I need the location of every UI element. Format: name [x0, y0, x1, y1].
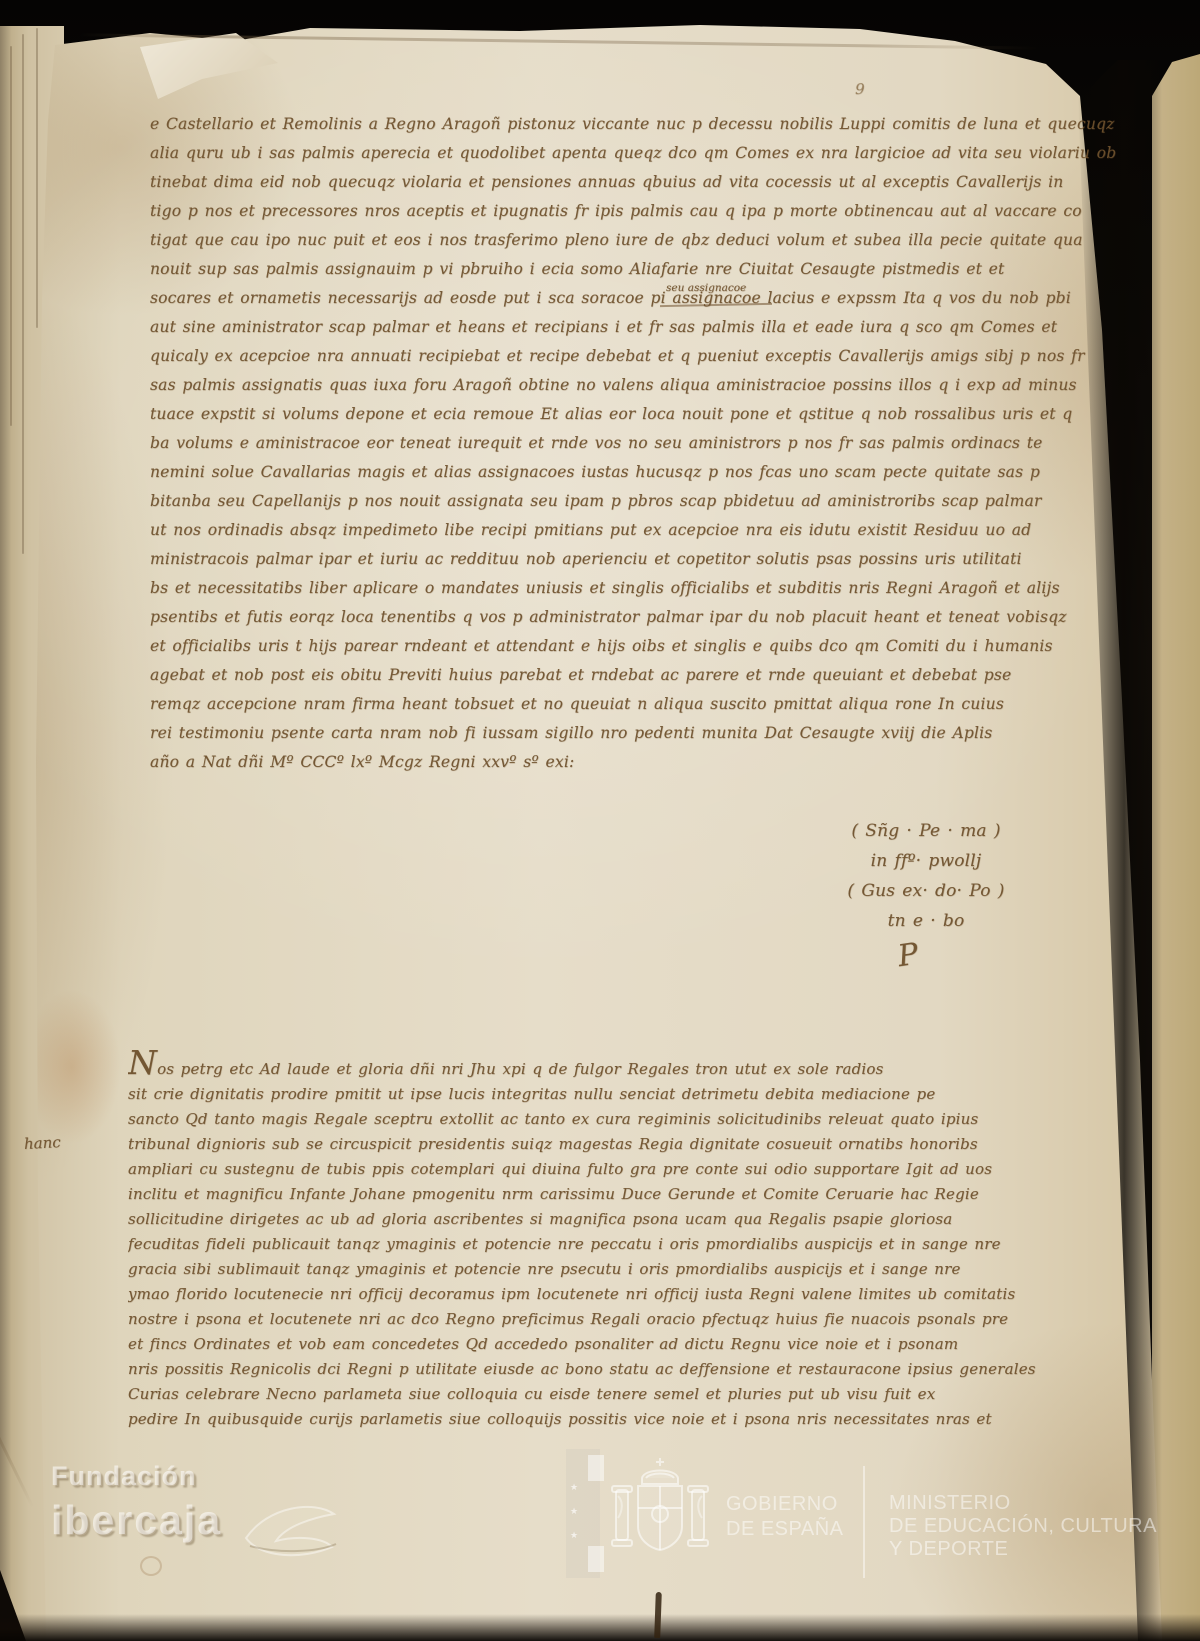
flag-block	[588, 1546, 604, 1572]
manuscript-text-line: rei testimoniu psente carta nram nob fi …	[150, 719, 1154, 748]
manuscript-text-line: pedire In quibusquide curijs parlametis …	[128, 1407, 1044, 1432]
gobierno-line2: DE ESPAÑA	[726, 1517, 844, 1542]
photographed-manuscript-stage: 9 e Castellario et Remolinis a Regno Ara…	[0, 0, 1200, 1641]
manuscript-text-line: tigo p nos et precessores nros aceptis e…	[150, 197, 1154, 226]
star-icon: ★	[570, 1531, 578, 1541]
manuscript-text-line: alia quru ub i sas palmis aperecia et qu…	[150, 139, 1154, 168]
star-icon: ★	[570, 1483, 578, 1493]
manuscript-text-line: sancto Qd tanto magis Regale sceptru ext…	[128, 1107, 1044, 1132]
manuscript-text-line: agebat et nob post eis obitu Previti hui…	[150, 661, 1154, 690]
flag-block	[588, 1455, 604, 1481]
ministerio-line3: Y DEPORTE	[889, 1538, 1157, 1561]
manuscript-text-line: año a Nat dñi Mº CCCº lxº Mcgz Regni xxv…	[150, 748, 1154, 777]
manuscript-text-line: inclitu et magnificu Infante Johane pmog…	[128, 1182, 1044, 1207]
manuscript-text-line: ministracois palmar ipar et iuriu ac red…	[150, 545, 1154, 574]
manuscript-text-line: bitanba seu Capellanijs p nos nouit assi…	[150, 487, 1154, 516]
ibercaja-watermark-text: ibercaja	[52, 1498, 223, 1545]
manuscript-text-line: fecuditas fideli publicauit tanqz ymagin…	[128, 1232, 1044, 1257]
manuscript-text-line: remqz accepcione nram firma heant tobsue…	[150, 690, 1154, 719]
manuscript-text-line: tinebat dima eid nob quecuqz violaria et…	[150, 168, 1154, 197]
manuscript-text-line: tuace expstit si volums depone et ecia r…	[150, 400, 1154, 429]
star-icon: ★	[570, 1507, 578, 1517]
manuscript-text-line: sit crie dignitatis prodire pmitit ut ip…	[128, 1082, 1044, 1107]
manuscript-text-line: ( Gus ex· do· Po )	[826, 876, 1026, 906]
ministerio-line1: MINISTERIO	[889, 1492, 1157, 1515]
manuscript-text-line: ut nos ordinadis absqz impedimeto libe r…	[150, 516, 1154, 545]
fundacion-watermark-text: Fundación	[52, 1462, 198, 1493]
manuscript-text-line: bs et necessitatibs liber aplicare o man…	[150, 574, 1154, 603]
manuscript-text-line: nostre i psona et locutenete nri ac dco …	[128, 1307, 1044, 1332]
margin-note: hanc	[24, 1133, 62, 1153]
manuscript-text-line: et officialibs uris t hijs parear rndean…	[150, 632, 1154, 661]
ministerio-line2: DE EDUCACIÓN, CULTURA	[889, 1515, 1157, 1538]
manuscript-text-line: Curias celebrare Necno parlameta siue co…	[128, 1382, 1044, 1407]
ring-stain	[140, 1556, 162, 1576]
manuscript-text-line: nouit sup sas palmis assignauim p vi pbr…	[150, 255, 1154, 284]
manuscript-text-line: ymao florido locutenecie nri officij dec…	[128, 1282, 1044, 1307]
manuscript-text-line: sas palmis assignatis quas iuxa foru Ara…	[150, 371, 1154, 400]
text-block-2: Nos petrg etc Ad laude et gloria dñi nri…	[128, 1050, 1044, 1454]
manuscript-text-line: nris possitis Regnicolis dci Regni p uti…	[128, 1357, 1044, 1382]
manuscript-text-line: ( Sñg · Pe · ma )	[826, 816, 1026, 846]
manuscript-text-line: aut sine aministrator scap palmar et hea…	[150, 313, 1154, 342]
manuscript-text-line: et fincs Ordinates et vob eam concedetes…	[128, 1332, 1044, 1357]
manuscript-text-line: socares et ornametis necessarijs ad eosd…	[150, 284, 1154, 313]
gobierno-watermark-text: GOBIERNO DE ESPAÑA	[726, 1492, 844, 1542]
manuscript-text-line: e Castellario et Remolinis a Regno Arago…	[150, 110, 1154, 139]
spain-flag-banner-icon: ★ ★ ★	[566, 1449, 600, 1578]
page-edge-line	[22, 34, 24, 554]
text-block-1: e Castellario et Remolinis a Regno Arago…	[150, 110, 1154, 782]
interlinear-insertion: seu assignacoe	[666, 282, 746, 294]
bottom-edge-shadow	[0, 1614, 1200, 1641]
manuscript-text-line: ampliari cu sustegnu de tubis ppis cotem…	[128, 1157, 1044, 1182]
manuscript-text-line: sollicitudine dirigetes ac ub ad gloria …	[128, 1207, 1044, 1232]
page-edge-line	[10, 46, 12, 426]
page-edge-line	[36, 28, 38, 328]
manuscript-text-line: tribunal dignioris sub se circuspicit pr…	[128, 1132, 1044, 1157]
manuscript-text-line: nemini solue Cavallarias magis et alias …	[150, 458, 1154, 487]
manuscript-text-line: psentibs et futis eorqz loca tenentibs q…	[150, 603, 1154, 632]
manuscript-text-line: Nos petrg etc Ad laude et gloria dñi nri…	[128, 1050, 1044, 1082]
chancery-signature-block: ( Sñg · Pe · ma )in ffº· pwollj( Gus ex·…	[826, 816, 1026, 942]
manuscript-text-line: gracia sibi sublimauit tanqz ymaginis et…	[128, 1257, 1044, 1282]
manuscript-text-line: tn e · bo	[826, 906, 1026, 936]
manuscript-text-line: tigat que cau ipo nuc puit et eos i nos …	[150, 226, 1154, 255]
watermark-divider	[863, 1466, 865, 1578]
manuscript-text-line: ba volums e aministracoe eor teneat iure…	[150, 429, 1154, 458]
folio-number: 9	[855, 80, 865, 98]
manuscript-text-line: in ffº· pwollj	[826, 846, 1026, 876]
gobierno-line1: GOBIERNO	[726, 1492, 844, 1517]
ministerio-watermark-text: MINISTERIO DE EDUCACIÓN, CULTURA Y DEPOR…	[889, 1492, 1157, 1561]
manuscript-text-line: quicaly ex acepcioe nra annuati recipieb…	[150, 342, 1154, 371]
